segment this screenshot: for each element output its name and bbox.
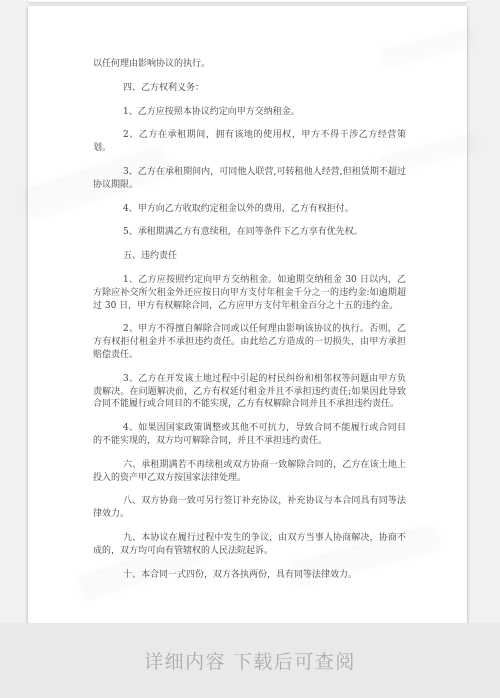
section-heading: 五、违约责任 bbox=[93, 250, 406, 263]
contract-paragraph: 以任何理由影响协议的执行。 bbox=[93, 58, 406, 71]
contract-paragraph: 5、承租期满乙方有意续租，在同等条件下乙方享有优先权。 bbox=[93, 226, 406, 239]
download-hint-bar: 详细内容 下载后可查阅 bbox=[0, 623, 500, 698]
contract-paragraph: 八、双方协商一致可另行签订补充协议，补充协议与本合同具有同等法律效力。 bbox=[93, 495, 406, 521]
download-hint-text: 详细内容 下载后可查阅 bbox=[144, 647, 356, 674]
contract-page: 以任何理由影响协议的执行。四、乙方权利义务：1、乙方应按照本协议约定向甲方交纳租… bbox=[28, 6, 467, 623]
contract-paragraph: 1、乙方应按照本协议约定向甲方交纳租金。 bbox=[93, 106, 406, 119]
contract-paragraph: 九、本协议在履行过程中发生的争议，由双方当事人协商解决，协商不成的，双方均可向有… bbox=[93, 532, 406, 558]
previous-page-edge bbox=[28, 0, 467, 2]
contract-paragraph: 4、甲方向乙方收取约定租金以外的费用，乙方有权拒付。 bbox=[93, 203, 406, 216]
section-heading: 四、乙方权利义务： bbox=[93, 82, 406, 95]
contract-paragraph: 1、乙方应按照约定向甲方交纳租金。如逾期交纳租金 30 日以内，乙方除应补交所欠… bbox=[93, 274, 406, 312]
contract-paragraph: 2、甲方不得擅自解除合同或以任何理由影响该协议的执行。否则，乙方有权拒付租金并不… bbox=[93, 323, 406, 361]
contract-paragraph: 3、乙方在承租期间内，可同他人联营,可转租他人经营,但租赁期不超过协议期限。 bbox=[93, 166, 406, 192]
contract-paragraph: 六、承租期满若不再续租或双方协商一致解除合同的，乙方在该土地上投入的资产甲乙双方… bbox=[93, 459, 406, 485]
contract-body: 以任何理由影响协议的执行。四、乙方权利义务：1、乙方应按照本协议约定向甲方交纳租… bbox=[93, 58, 406, 592]
document-preview-viewport[interactable]: 以任何理由影响协议的执行。四、乙方权利义务：1、乙方应按照本协议约定向甲方交纳租… bbox=[0, 0, 500, 698]
contract-paragraph: 2、乙方在承租期间，拥有该地的使用权，甲方不得干涉乙方经营策划。 bbox=[93, 129, 406, 155]
contract-paragraph: 4、如果因国家政策调整或其他不可抗力，导致合同不能履行或合同目的不能实现的，双方… bbox=[93, 422, 406, 448]
contract-paragraph: 十、本合同一式四份，双方各执两份，具有同等法律效力。 bbox=[93, 569, 406, 582]
contract-paragraph: 3、乙方在开发该土地过程中引起的村民纠纷和相邻权等问题由甲方负责解决。在问题解决… bbox=[93, 373, 406, 411]
